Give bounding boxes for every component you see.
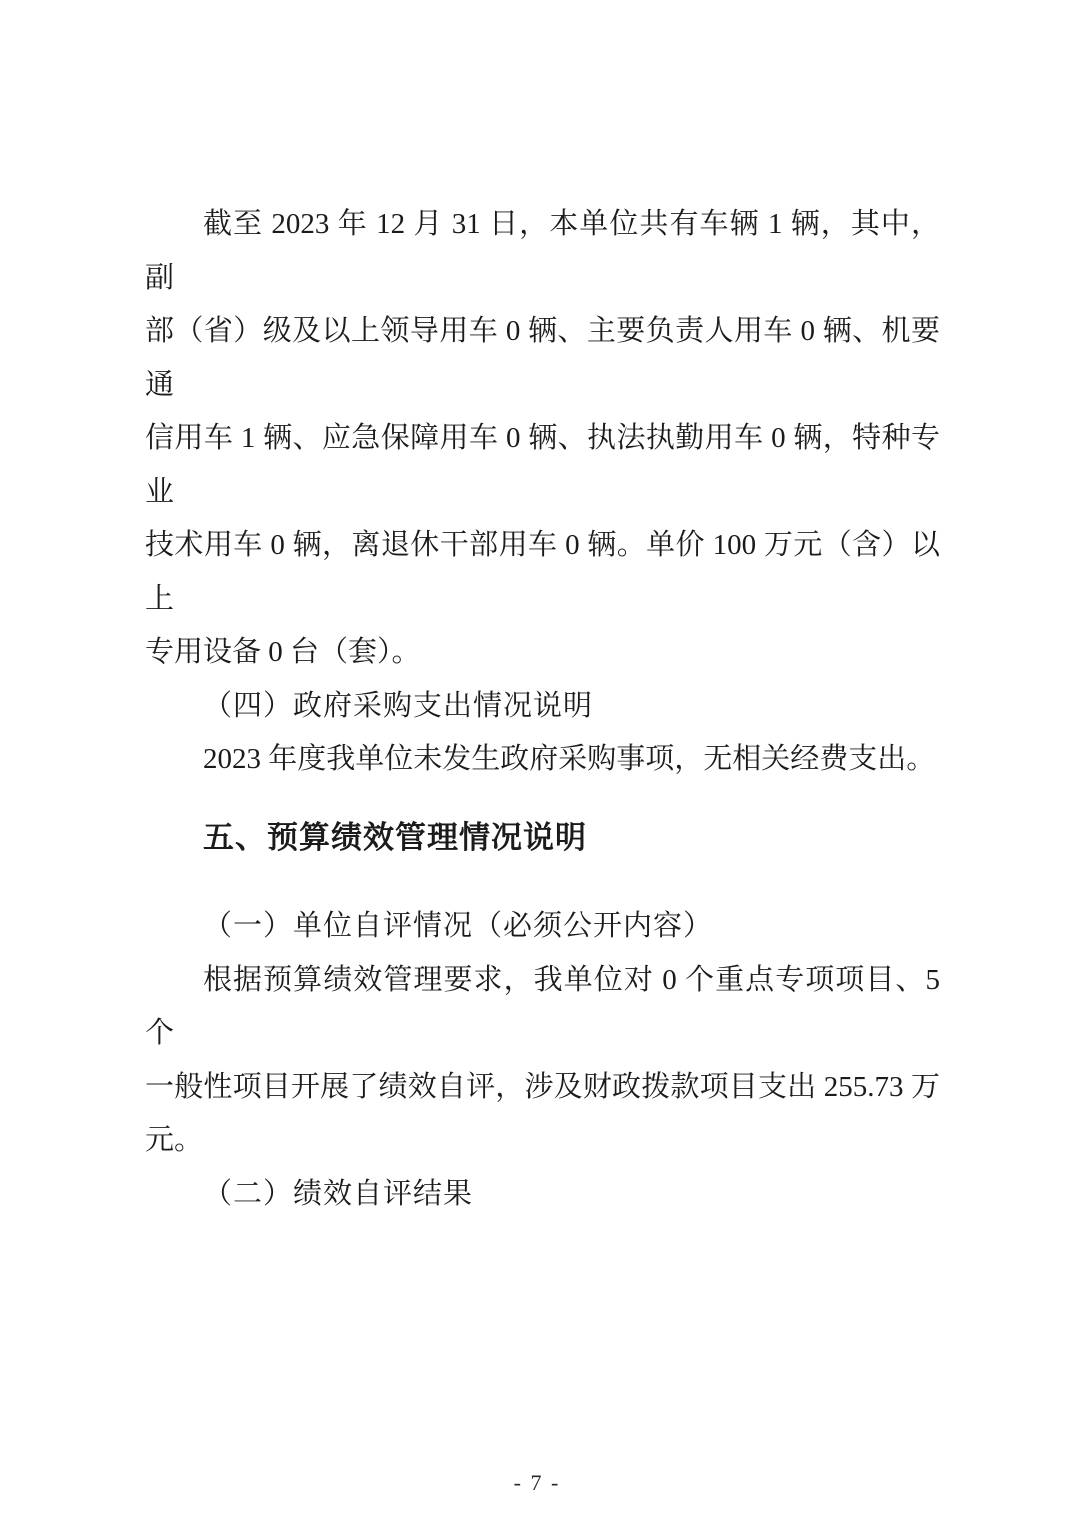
subheading-self-evaluation: （一）单位自评情况（必须公开内容） — [145, 900, 940, 954]
self-eval-paragraph-line-2: 一般性项目开展了绩效自评，涉及财政拨款项目支出 255.73 万 — [145, 1061, 940, 1115]
page-number: - 7 - — [0, 1470, 1074, 1496]
subheading-gov-procurement: （四）政府采购支出情况说明 — [145, 680, 940, 734]
self-eval-paragraph-line-3: 元。 — [145, 1114, 940, 1168]
page-content: 截至 2023 年 12 月 31 日，本单位共有车辆 1 辆，其中，副 部（省… — [145, 198, 940, 1221]
procurement-paragraph: 2023 年度我单位未发生政府采购事项，无相关经费支出。 — [145, 733, 940, 787]
vehicles-paragraph-line-3: 信用车 1 辆、应急保障用车 0 辆、执法执勤用车 0 辆，特种专业 — [145, 412, 940, 519]
subheading-self-eval-result: （二）绩效自评结果 — [145, 1168, 940, 1222]
vehicles-paragraph-line-2: 部（省）级及以上领导用车 0 辆、主要负责人用车 0 辆、机要通 — [145, 305, 940, 412]
document-page: 截至 2023 年 12 月 31 日，本单位共有车辆 1 辆，其中，副 部（省… — [0, 0, 1074, 1520]
vehicles-paragraph-line-4: 技术用车 0 辆，离退休干部用车 0 辆。单价 100 万元（含）以上 — [145, 519, 940, 626]
vehicles-paragraph-line-5: 专用设备 0 台（套）。 — [145, 626, 940, 680]
vehicles-paragraph-line-1: 截至 2023 年 12 月 31 日，本单位共有车辆 1 辆，其中，副 — [145, 198, 940, 305]
section-five-heading: 五、预算绩效管理情况说明 — [145, 811, 940, 865]
self-eval-paragraph-line-1: 根据预算绩效管理要求，我单位对 0 个重点专项项目、5 个 — [145, 954, 940, 1061]
